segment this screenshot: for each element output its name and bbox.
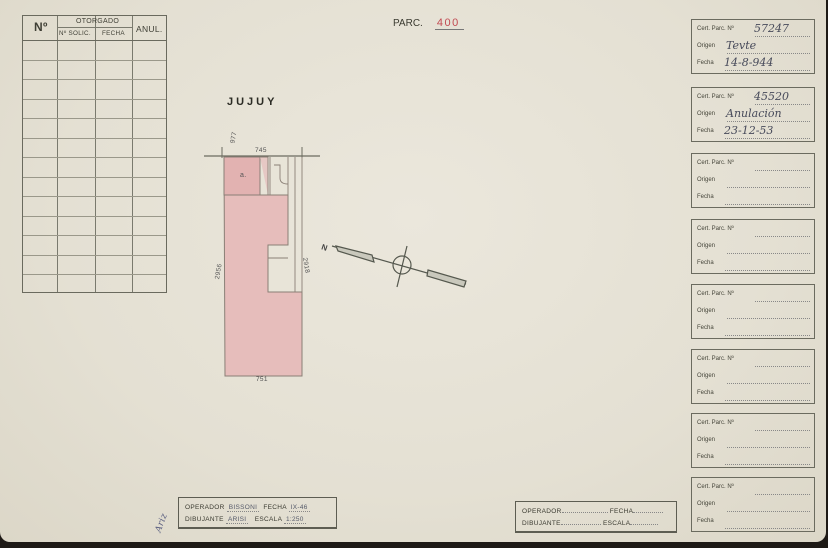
certificate-box: Cert. Parc. NºOrigenFecha	[691, 477, 815, 532]
cert-field-line	[755, 366, 810, 367]
fecha-value: IX-46	[289, 504, 310, 512]
cert-field-label: Cert. Parc. Nº	[697, 420, 734, 426]
cert-field-label: Cert. Parc. Nº	[697, 94, 734, 100]
dim-front: 745	[255, 147, 267, 154]
operador-label: OPERADOR	[185, 504, 225, 511]
cert-field-line	[755, 170, 810, 171]
certificate-box: Cert. Parc. NºOrigenFecha	[691, 284, 815, 339]
certificate-box: Cert. Parc. Nº57247OrigenTevteFecha14-8-…	[691, 19, 815, 74]
operador-label-2: OPERADOR	[522, 508, 562, 515]
cert-field-line	[727, 511, 810, 512]
cert-field-line	[725, 464, 810, 465]
cert-field-line	[725, 270, 810, 271]
cert-handwritten-value: Anulación	[726, 107, 782, 120]
cert-field-label: Fecha	[697, 518, 714, 524]
cert-field-line	[755, 104, 810, 105]
cert-field-label: Cert. Parc. Nº	[697, 291, 734, 297]
operator-box-empty: OPERADOR FECHA DIBUJANTE ESCALA	[515, 501, 677, 533]
cert-field-line	[755, 301, 810, 302]
dibujante-label: DIBUJANTE	[185, 516, 224, 523]
cert-field-label: Fecha	[697, 260, 714, 266]
cert-field-label: Origen	[697, 308, 715, 314]
cert-field-label: Origen	[697, 243, 715, 249]
cert-field-line	[725, 70, 810, 71]
cert-field-line	[727, 253, 810, 254]
dibujante-value: ARISI	[226, 516, 248, 524]
dim-bottom: 751	[256, 376, 268, 383]
cert-field-label: Fecha	[697, 128, 714, 134]
lot-label: a.	[240, 172, 246, 179]
cert-field-label: Cert. Parc. Nº	[697, 484, 734, 490]
cert-field-label: Origen	[697, 43, 715, 49]
cert-field-line	[725, 400, 810, 401]
fecha-label: FECHA	[263, 504, 286, 511]
cert-field-line	[727, 318, 810, 319]
cert-field-label: Origen	[697, 437, 715, 443]
cert-field-label: Cert. Parc. Nº	[697, 160, 734, 166]
cert-field-label: Origen	[697, 501, 715, 507]
escala-label: ESCALA	[255, 516, 282, 523]
cert-field-label: Origen	[697, 177, 715, 183]
fecha-label-2: FECHA	[610, 508, 634, 515]
cert-field-line	[725, 204, 810, 205]
cert-field-line	[727, 383, 810, 384]
cert-field-line	[725, 138, 810, 139]
cert-handwritten-value: 45520	[754, 90, 789, 103]
cert-field-line	[727, 121, 810, 122]
cert-field-line	[727, 447, 810, 448]
certificate-box: Cert. Parc. NºOrigenFecha	[691, 349, 815, 404]
cert-field-line	[755, 36, 810, 37]
cert-field-label: Fecha	[697, 325, 714, 331]
cert-field-label: Fecha	[697, 60, 714, 66]
cert-field-line	[727, 53, 810, 54]
dibujante-label-2: DIBUJANTE	[522, 520, 561, 527]
escala-value: 1:250	[284, 516, 306, 524]
cert-field-label: Fecha	[697, 390, 714, 396]
escala-label-2: ESCALA	[603, 520, 630, 527]
certificate-box: Cert. Parc. NºOrigenFecha	[691, 413, 815, 468]
cert-field-line	[727, 187, 810, 188]
cert-field-label: Origen	[697, 373, 715, 379]
cert-field-label: Fecha	[697, 194, 714, 200]
cert-field-label: Cert. Parc. Nº	[697, 356, 734, 362]
operator-box-filled: OPERADOR BISSONI FECHA IX-46 DIBUJANTE A…	[178, 497, 337, 529]
cert-handwritten-value: 57247	[754, 22, 789, 35]
cert-field-line	[755, 236, 810, 237]
cert-handwritten-value: 14-8-944	[724, 56, 773, 69]
cert-field-label: Fecha	[697, 454, 714, 460]
certificate-box: Cert. Parc. Nº45520OrigenAnulaciónFecha2…	[691, 87, 815, 142]
cert-field-label: Cert. Parc. Nº	[697, 226, 734, 232]
cert-handwritten-value: Tevte	[726, 39, 756, 52]
operador-value: BISSONI	[227, 504, 259, 512]
cadastral-card: Nº OTORGADO Nº SOLIC. FECHA ANUL. PARC.4…	[0, 0, 826, 542]
cert-field-label: Origen	[697, 111, 715, 117]
cert-handwritten-value: 23-12-53	[724, 124, 773, 137]
certificate-box: Cert. Parc. NºOrigenFecha	[691, 153, 815, 208]
cert-field-line	[725, 335, 810, 336]
certificate-box: Cert. Parc. NºOrigenFecha	[691, 219, 815, 274]
cert-field-line	[755, 494, 810, 495]
cert-field-line	[755, 430, 810, 431]
cert-field-label: Cert. Parc. Nº	[697, 26, 734, 32]
north-label: N	[320, 243, 328, 253]
cert-field-line	[725, 528, 810, 529]
